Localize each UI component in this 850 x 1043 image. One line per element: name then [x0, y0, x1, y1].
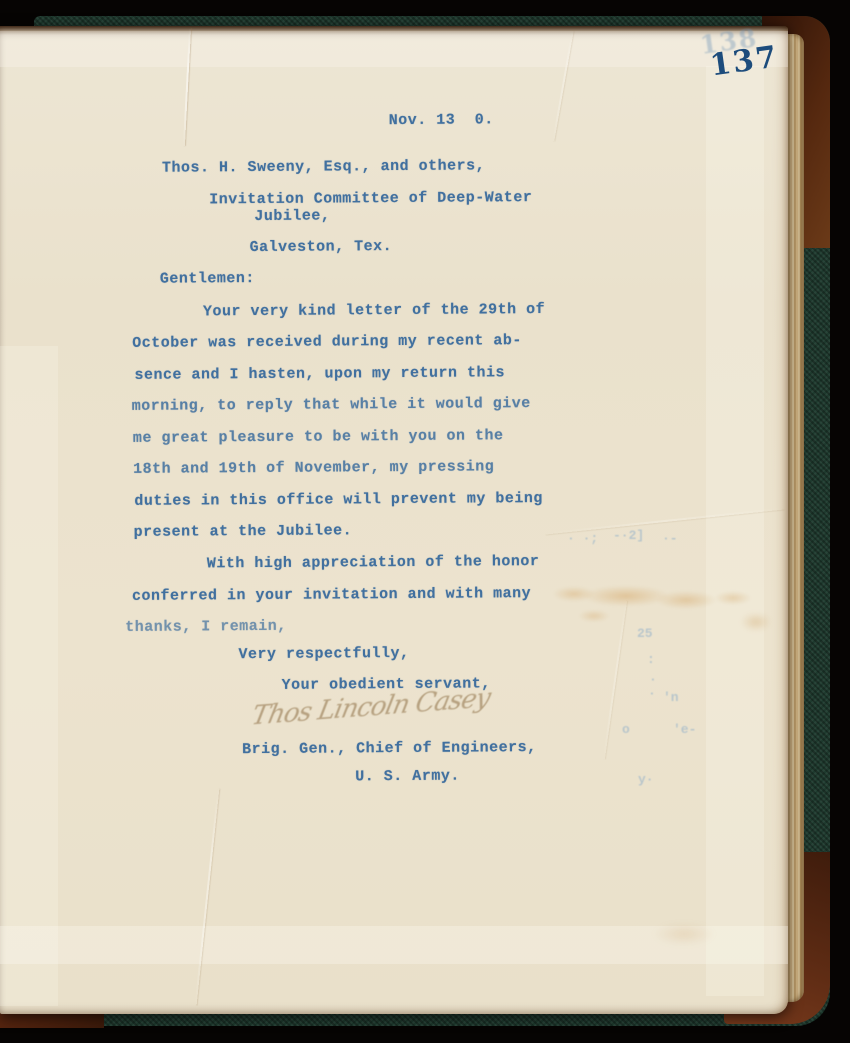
- address-line: Invitation Committee of Deep-Water: [209, 189, 532, 209]
- letter-date: Nov. 13: [389, 112, 456, 130]
- body-line: conferred in your invitation and with ma…: [132, 585, 531, 606]
- ghost-mark: ·: [649, 672, 657, 687]
- ghost-mark: 'n: [663, 690, 679, 705]
- body-line: October was received during my recent ab…: [132, 332, 522, 353]
- body-line: present at the Jubilee.: [134, 522, 353, 542]
- photographed-letterbook-page: 138 137 Nov. 13 0. Thos. H. Sweeny, Esq.…: [0, 0, 850, 1043]
- ghost-mark: y·: [638, 772, 654, 787]
- ghost-mark: · ·;: [567, 531, 598, 546]
- ghost-mark: 25: [637, 626, 653, 641]
- signer-title-line: U. S. Army.: [355, 768, 460, 787]
- body-line: 18th and 19th of November, my pressing: [133, 458, 494, 479]
- ghost-mark: 'e-: [673, 722, 696, 737]
- ghost-mark: :: [647, 652, 655, 667]
- letter-body: Nov. 13 0. Thos. H. Sweeny, Esq., and ot…: [0, 0, 850, 1043]
- body-line: duties in this office will prevent my be…: [134, 490, 543, 511]
- signer-title-line: Brig. Gen., Chief of Engineers,: [242, 739, 537, 759]
- body-line: With high appreciation of the honor: [207, 553, 540, 573]
- body-line: thanks, I remain,: [125, 618, 287, 637]
- body-line: me great pleasure to be with you on the: [133, 427, 504, 448]
- body-line: sence and I hasten, upon my return this: [134, 364, 505, 385]
- letter-date-year: 0.: [475, 111, 494, 129]
- ghost-mark: o: [622, 722, 630, 737]
- ghost-mark: -·2]: [613, 528, 644, 543]
- closing-line: Very respectfully,: [238, 645, 409, 664]
- ghost-mark: ·: [648, 686, 656, 701]
- ghost-mark: ·-: [662, 531, 678, 546]
- body-line: morning, to reply that while it would gi…: [132, 395, 531, 416]
- address-line: Thos. H. Sweeny, Esq., and others,: [162, 157, 485, 177]
- salutation: Gentlemen:: [160, 270, 255, 289]
- address-line: Galveston, Tex.: [250, 238, 393, 257]
- body-line: Your very kind letter of the 29th of: [203, 301, 545, 321]
- address-line: Jubilee,: [254, 207, 330, 226]
